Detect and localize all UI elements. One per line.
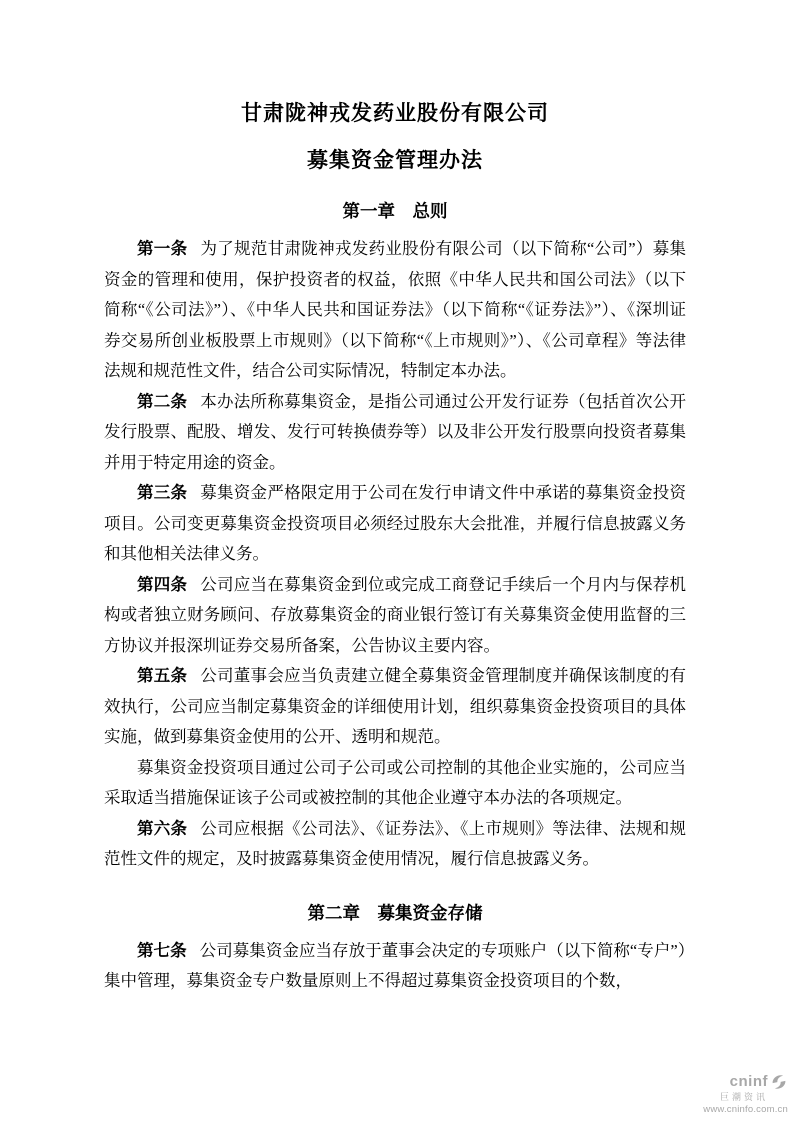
article-5-label: 第五条 [137, 666, 187, 685]
article-2-text: 本办法所称募集资金，是指公司通过公开发行证券（包括首次公开发行股票、配股、增发、… [104, 392, 686, 472]
article-3-label: 第三条 [137, 483, 187, 502]
cninfo-watermark: cninf 巨潮资讯 www.cninfo.com.cn [703, 1073, 788, 1115]
cninfo-wordmark-text: cninf [730, 1074, 768, 1089]
document-title: 甘肃陇神戎发药业股份有限公司 [104, 0, 686, 126]
document-content: 甘肃陇神戎发药业股份有限公司 募集资金管理办法 第一章 总则 第一条为了规范甘肃… [0, 0, 793, 997]
article-7-text: 公司募集资金应当存放于董事会决定的专项账户（以下简称“专户”）集中管理，募集资金… [104, 941, 686, 991]
article-6-text: 公司应根据《公司法》、《证券法》、《上市规则》等法律、法规和规范性文件的规定，及… [104, 819, 686, 869]
cninfo-chinese-name: 巨潮资讯 [703, 1093, 768, 1102]
article-6-label: 第六条 [137, 819, 187, 838]
article-1: 第一条为了规范甘肃陇神戎发药业股份有限公司（以下简称“公司”）募集资金的管理和使… [104, 234, 686, 387]
article-4: 第四条公司应当在募集资金到位或完成工商登记手续后一个月内与保荐机构或者独立财务顾… [104, 570, 686, 662]
article-5-text: 公司董事会应当负责建立健全募集资金管理制度并确保该制度的有效执行，公司应当制定募… [104, 666, 686, 746]
article-1-label: 第一条 [137, 239, 187, 258]
article-6: 第六条公司应根据《公司法》、《证券法》、《上市规则》等法律、法规和规范性文件的规… [104, 814, 686, 875]
document-page: 甘肃陇神戎发药业股份有限公司 募集资金管理办法 第一章 总则 第一条为了规范甘肃… [0, 0, 793, 1122]
article-5-continuation: 募集资金投资项目通过公司子公司或公司控制的其他企业实施的，公司应当采取适当措施保… [104, 753, 686, 814]
article-4-label: 第四条 [137, 575, 187, 594]
article-7-label: 第七条 [137, 941, 187, 960]
article-5: 第五条公司董事会应当负责建立健全募集资金管理制度并确保该制度的有效执行，公司应当… [104, 661, 686, 753]
article-1-text: 为了规范甘肃陇神戎发药业股份有限公司（以下简称“公司”）募集资金的管理和使用，保… [104, 239, 686, 380]
article-4-text: 公司应当在募集资金到位或完成工商登记手续后一个月内与保荐机构或者独立财务顾问、存… [104, 575, 686, 655]
chapter-2-heading: 第二章 募集资金存储 [104, 902, 686, 924]
article-2-label: 第二条 [137, 392, 187, 411]
article-2: 第二条本办法所称募集资金，是指公司通过公开发行证券（包括首次公开发行股票、配股、… [104, 387, 686, 479]
article-5-continuation-text: 募集资金投资项目通过公司子公司或公司控制的其他企业实施的，公司应当采取适当措施保… [104, 758, 686, 808]
cninfo-wordmark-row: cninf [703, 1073, 788, 1091]
cninfo-swirl-icon [770, 1073, 788, 1091]
chapter-1-heading: 第一章 总则 [104, 200, 686, 222]
cninfo-url: www.cninfo.com.cn [703, 1105, 788, 1115]
document-subtitle: 募集资金管理办法 [104, 147, 686, 173]
article-3-text: 募集资金严格限定用于公司在发行申请文件中承诺的募集资金投资项目。公司变更募集资金… [104, 483, 686, 563]
article-7: 第七条公司募集资金应当存放于董事会决定的专项账户（以下简称“专户”）集中管理，募… [104, 936, 686, 997]
article-3: 第三条募集资金严格限定用于公司在发行申请文件中承诺的募集资金投资项目。公司变更募… [104, 478, 686, 570]
